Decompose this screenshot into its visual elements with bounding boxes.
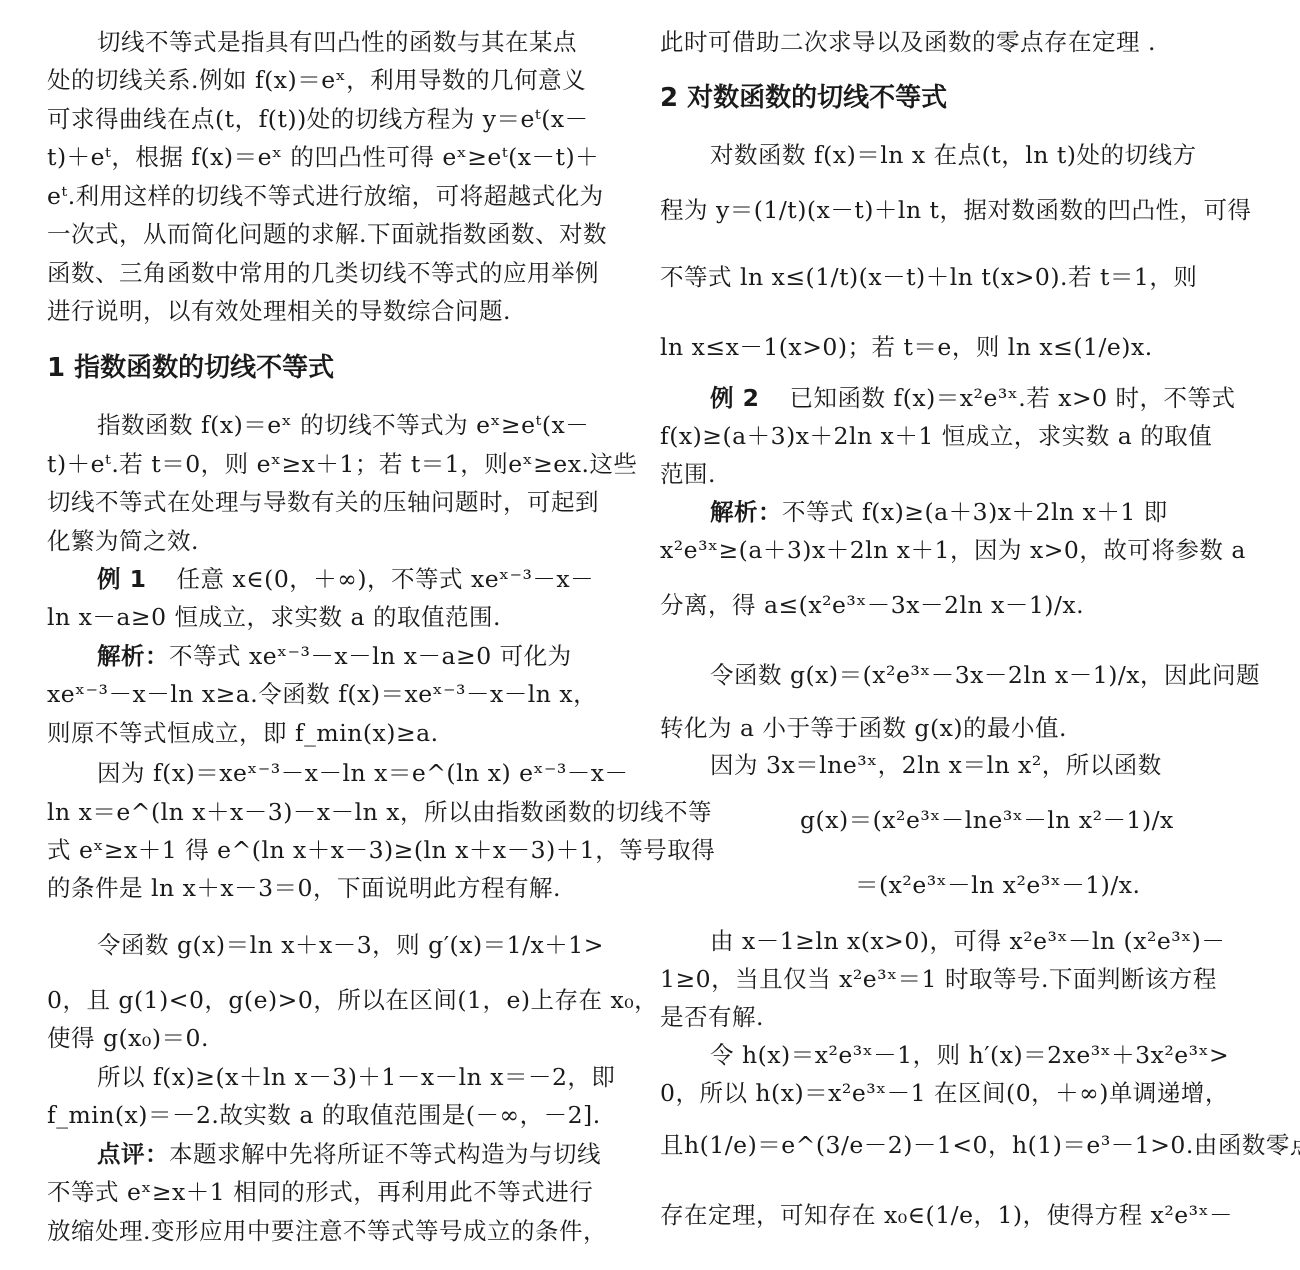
analysis-2-line-3: 分离，得 a≤(x²e³ˣ－3x－2ln x－1)/x. bbox=[660, 590, 1084, 620]
section-2-para-line-4: ln x≤x－1(x>0)；若 t＝e，则 ln x≤(1/e)x. bbox=[660, 332, 1153, 362]
let-g-line-1: 令函数 g(x)＝(x²e³ˣ－3x－2ln x－1)/x，因此问题 bbox=[660, 660, 1260, 690]
because-line-2: ln x＝e^(ln x＋x－3)－x－ln x，所以由指数函数的切线不等 bbox=[47, 797, 712, 827]
intro-line-4: t)＋eᵗ，根据 f(x)＝eˣ 的凹凸性可得 eˣ≥eᵗ(x－t)＋ bbox=[47, 142, 599, 172]
example-2-line-3: 范围. bbox=[660, 459, 716, 489]
analysis-1-line-1: 解析：不等式 xeˣ⁻³－x－ln x－a≥0 可化为 bbox=[47, 641, 572, 671]
intro-line-3: 可求得曲线在点(t，f(t))处的切线方程为 y＝eᵗ(x－ bbox=[47, 104, 589, 134]
section-2-para-line-1: 对数函数 f(x)＝ln x 在点(t，ln t)处的切线方 bbox=[660, 140, 1196, 170]
section-1-para-line-2: t)＋eᵗ.若 t＝0，则 eˣ≥x＋1；若 t＝1，则eˣ≥ex.这些 bbox=[47, 449, 637, 479]
continuation-line: 此时可借助二次求导以及函数的零点存在定理 . bbox=[660, 27, 1156, 57]
g-equation-2: ＝(x²e³ˣ－ln x²e³ˣ－1)/x. bbox=[855, 870, 1140, 900]
g-para-line-2: 0，且 g(1)<0，g(e)>0，所以在区间(1，e)上存在 x₀， bbox=[47, 985, 658, 1015]
analysis-1-text: 不等式 xeˣ⁻³－x－ln x－a≥0 可化为 bbox=[169, 642, 572, 670]
example-2-text: 已知函数 f(x)＝x²e³ˣ.若 x>0 时，不等式 bbox=[768, 384, 1236, 412]
from-para-line-3: 是否有解. bbox=[660, 1002, 764, 1032]
h-para-line-4: 存在定理，可知存在 x₀∈(1/e，1)，使得方程 x²e³ˣ－ bbox=[660, 1200, 1233, 1230]
h-para-line-3: 且h(1/e)＝e^(3/e－2)－1<0，h(1)＝e³－1>0.由函数零点 bbox=[660, 1130, 1300, 1160]
analysis-label: 解析： bbox=[97, 642, 169, 670]
because-line-1: 因为 f(x)＝xeˣ⁻³－x－ln x＝e^(ln x) eˣ⁻³－x－ bbox=[47, 758, 629, 788]
so-para-line-2: f_min(x)＝－2.故实数 a 的取值范围是(－∞，－2]. bbox=[47, 1100, 601, 1130]
h-para-line-2: 0，所以 h(x)＝x²e³ˣ－1 在区间(0，＋∞)单调递增， bbox=[660, 1078, 1229, 1108]
intro-line-5: eᵗ.利用这样的切线不等式进行放缩，可将超越式化为 bbox=[47, 181, 604, 211]
comment-line-3: 放缩处理.变形应用中要注意不等式等号成立的条件， bbox=[47, 1216, 607, 1246]
example-1-label: 例 1 bbox=[97, 565, 147, 593]
intro-line-8: 进行说明，以有效处理相关的导数综合问题. bbox=[47, 296, 511, 326]
h-para-line-1: 令 h(x)＝x²e³ˣ－1，则 h′(x)＝2xe³ˣ＋3x²e³ˣ> bbox=[660, 1040, 1229, 1070]
comment-line-2: 不等式 eˣ≥x＋1 相同的形式，再利用此不等式进行 bbox=[47, 1177, 593, 1207]
intro-line-6: 一次式，从而简化问题的求解.下面就指数函数、对数 bbox=[47, 219, 607, 249]
comment-text: 本题求解中先将所证不等式构造为与切线 bbox=[169, 1140, 601, 1168]
from-para-line-1: 由 x－1≥ln x(x>0)，可得 x²e³ˣ－ln (x²e³ˣ)－ bbox=[660, 926, 1225, 956]
intro-line-2: 处的切线关系.例如 f(x)＝eˣ，利用导数的几何意义 bbox=[47, 65, 586, 95]
analysis-2-line-2: x²e³ˣ≥(a＋3)x＋2ln x＋1，因为 x>0，故可将参数 a bbox=[660, 535, 1246, 565]
g-equation-1: g(x)＝(x²e³ˣ－lne³ˣ－ln x²－1)/x bbox=[800, 805, 1174, 835]
analysis-1-line-2: xeˣ⁻³－x－ln x≥a.令函数 f(x)＝xeˣ⁻³－x－ln x， bbox=[47, 679, 597, 709]
example-1-text: 任意 x∈(0，＋∞)，不等式 xeˣ⁻³－x－ bbox=[155, 565, 595, 593]
section-2-para-line-3: 不等式 ln x≤(1/t)(x－t)＋ln t(x>0).若 t＝1，则 bbox=[660, 262, 1197, 292]
example-1-line-1: 例 1 任意 x∈(0，＋∞)，不等式 xeˣ⁻³－x－ bbox=[47, 564, 594, 594]
analysis-label-2: 解析： bbox=[710, 498, 782, 526]
analysis-2-line-1: 解析：不等式 f(x)≥(a＋3)x＋2ln x＋1 即 bbox=[660, 497, 1168, 527]
example-2-line-2: f(x)≥(a＋3)x＋2ln x＋1 恒成立，求实数 a 的取值 bbox=[660, 421, 1212, 451]
g-para-line-3: 使得 g(x₀)＝0. bbox=[47, 1023, 209, 1053]
analysis-2-text: 不等式 f(x)≥(a＋3)x＋2ln x＋1 即 bbox=[782, 498, 1168, 526]
section-1-heading: 1 指数函数的切线不等式 bbox=[47, 352, 334, 384]
because-line-3: 式 eˣ≥x＋1 得 e^(ln x＋x－3)≥(ln x＋x－3)＋1，等号取… bbox=[47, 835, 715, 865]
g-para-line-1: 令函数 g(x)＝ln x＋x－3，则 g′(x)＝1/x＋1> bbox=[47, 930, 604, 960]
section-1-para-line-4: 化繁为简之效. bbox=[47, 526, 199, 556]
intro-line-7: 函数、三角函数中常用的几类切线不等式的应用举例 bbox=[47, 258, 599, 288]
section-2-para-line-2: 程为 y＝(1/t)(x－t)＋ln t，据对数函数的凹凸性，可得 bbox=[660, 195, 1252, 225]
section-1-para-line-1: 指数函数 f(x)＝eˣ 的切线不等式为 eˣ≥eᵗ(x－ bbox=[47, 410, 589, 440]
comment-label: 点评： bbox=[97, 1140, 169, 1168]
because-2-line: 因为 3x＝lne³ˣ，2ln x＝ln x²，所以函数 bbox=[660, 750, 1162, 780]
example-2-line-1: 例 2 已知函数 f(x)＝x²e³ˣ.若 x>0 时，不等式 bbox=[660, 383, 1236, 413]
from-para-line-2: 1≥0，当且仅当 x²e³ˣ＝1 时取等号.下面判断该方程 bbox=[660, 964, 1217, 994]
comment-line-1: 点评：本题求解中先将所证不等式构造为与切线 bbox=[47, 1139, 601, 1169]
example-2-label: 例 2 bbox=[710, 384, 760, 412]
intro-line-1: 切线不等式是指具有凹凸性的函数与其在某点 bbox=[47, 27, 577, 57]
section-1-para-line-3: 切线不等式在处理与导数有关的压轴问题时，可起到 bbox=[47, 487, 599, 517]
because-line-4: 的条件是 ln x＋x－3＝0，下面说明此方程有解. bbox=[47, 873, 561, 903]
so-para-line-1: 所以 f(x)≥(x＋ln x－3)＋1－x－ln x＝－2，即 bbox=[47, 1062, 615, 1092]
section-2-heading: 2 对数函数的切线不等式 bbox=[660, 82, 947, 114]
analysis-1-line-3: 则原不等式恒成立，即 f_min(x)≥a. bbox=[47, 718, 439, 748]
example-1-line-2: ln x－a≥0 恒成立，求实数 a 的取值范围. bbox=[47, 602, 501, 632]
let-g-line-2: 转化为 a 小于等于函数 g(x)的最小值. bbox=[660, 713, 1067, 743]
